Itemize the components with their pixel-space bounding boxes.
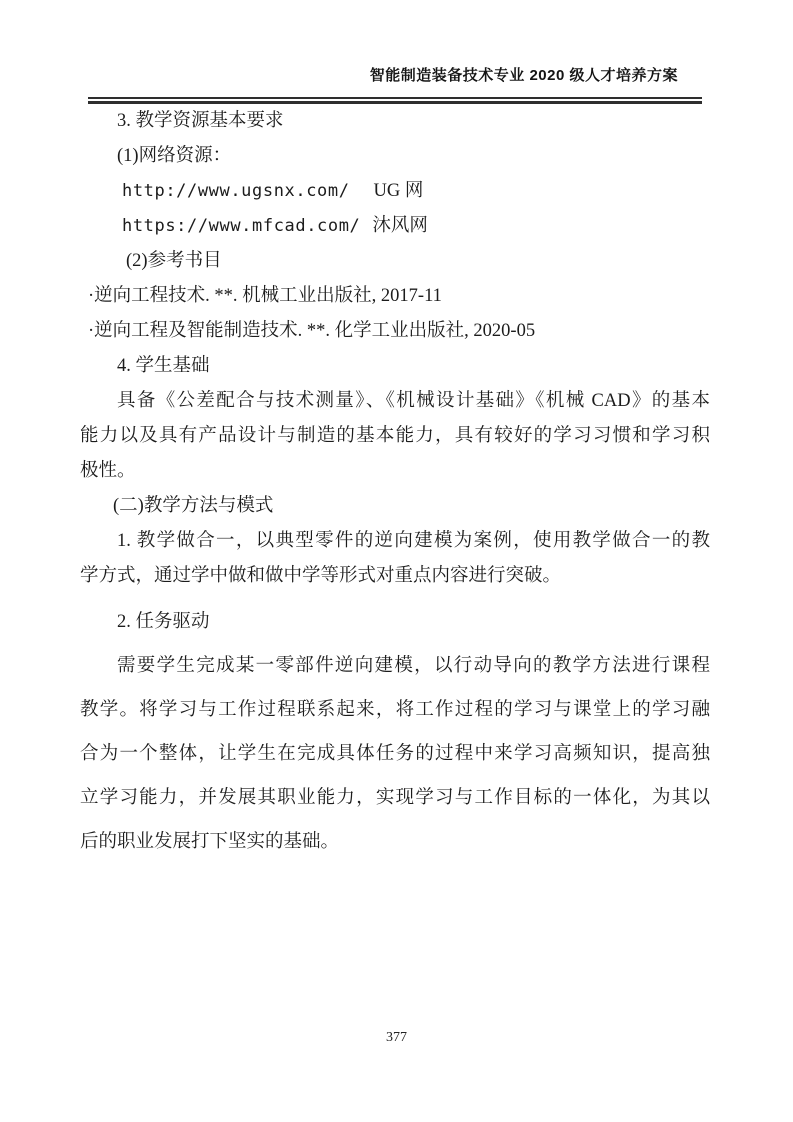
document-body: 3. 教学资源基本要求 (1)网络资源： http://www.ugsnx.co… xyxy=(80,104,710,864)
heading-teaching-resources: 3. 教学资源基本要求 xyxy=(80,104,710,139)
label-reference-books: (2)参考书目 xyxy=(80,244,710,279)
task-para-line-4: 立学习能力，并发展其职业能力，实现学习与工作目标的一体化，为其以 xyxy=(80,776,710,820)
url-label-mufeng: 沐风网 xyxy=(372,216,428,236)
students-para-line-1: 具备《公差配合与技术测量》、《机械设计基础》《机械 CAD》的基本 xyxy=(80,384,710,419)
resource-link-mufeng: https://www.mfcad.com/沐风网 xyxy=(80,209,710,244)
page-number: 377 xyxy=(0,1030,793,1046)
task-para-line-1: 需要学生完成某一零部件逆向建模，以行动导向的教学方法进行课程 xyxy=(80,644,710,688)
students-para-line-3: 极性。 xyxy=(80,454,710,489)
heading-teaching-methods: (二)教学方法与模式 xyxy=(80,489,710,524)
task-para-line-2: 教学。将学习与工作过程联系起来，将工作过程的学习与课堂上的学习融 xyxy=(80,688,710,732)
label-network-resources: (1)网络资源： xyxy=(80,139,710,174)
task-para-line-3: 合为一个整体，让学生在完成具体任务的过程中来学习高频知识，提高独 xyxy=(80,732,710,776)
page-header-title: 智能制造装备技术专业 2020 级人才培养方案 xyxy=(370,64,678,85)
task-para-line-5: 后的职业发展打下坚实的基础。 xyxy=(80,820,710,864)
heading-student-basis: 4. 学生基础 xyxy=(80,349,710,384)
section-task-driven: 2. 任务驱动 需要学生完成某一零部件逆向建模，以行动导向的教学方法进行课程 教… xyxy=(80,600,710,864)
header-rule xyxy=(88,97,702,104)
section-resources: 3. 教学资源基本要求 (1)网络资源： http://www.ugsnx.co… xyxy=(80,104,710,594)
document-page: 智能制造装备技术专业 2020 级人才培养方案 3. 教学资源基本要求 (1)网… xyxy=(0,0,793,1122)
reference-item-1: ·逆向工程技术. **. 机械工业出版社, 2017-11 xyxy=(80,279,710,314)
reference-item-2: ·逆向工程及智能制造技术. **. 化学工业出版社, 2020-05 xyxy=(80,314,710,349)
url-text-mufeng: https://www.mfcad.com/ xyxy=(122,216,360,236)
method-para-line-2: 学方式，通过学中做和做中学等形式对重点内容进行突破。 xyxy=(80,559,710,594)
resource-link-ug: http://www.ugsnx.com/UG 网 xyxy=(80,174,710,209)
url-label-ug: UG 网 xyxy=(374,181,424,201)
method-para-line-1: 1. 教学做合一，以典型零件的逆向建模为案例，使用教学做合一的教 xyxy=(80,524,710,559)
students-para-line-2: 能力以及具有产品设计与制造的基本能力，具有较好的学习习惯和学习积 xyxy=(80,419,710,454)
heading-task-driven: 2. 任务驱动 xyxy=(80,600,710,644)
url-text-ug: http://www.ugsnx.com/ xyxy=(122,181,350,201)
